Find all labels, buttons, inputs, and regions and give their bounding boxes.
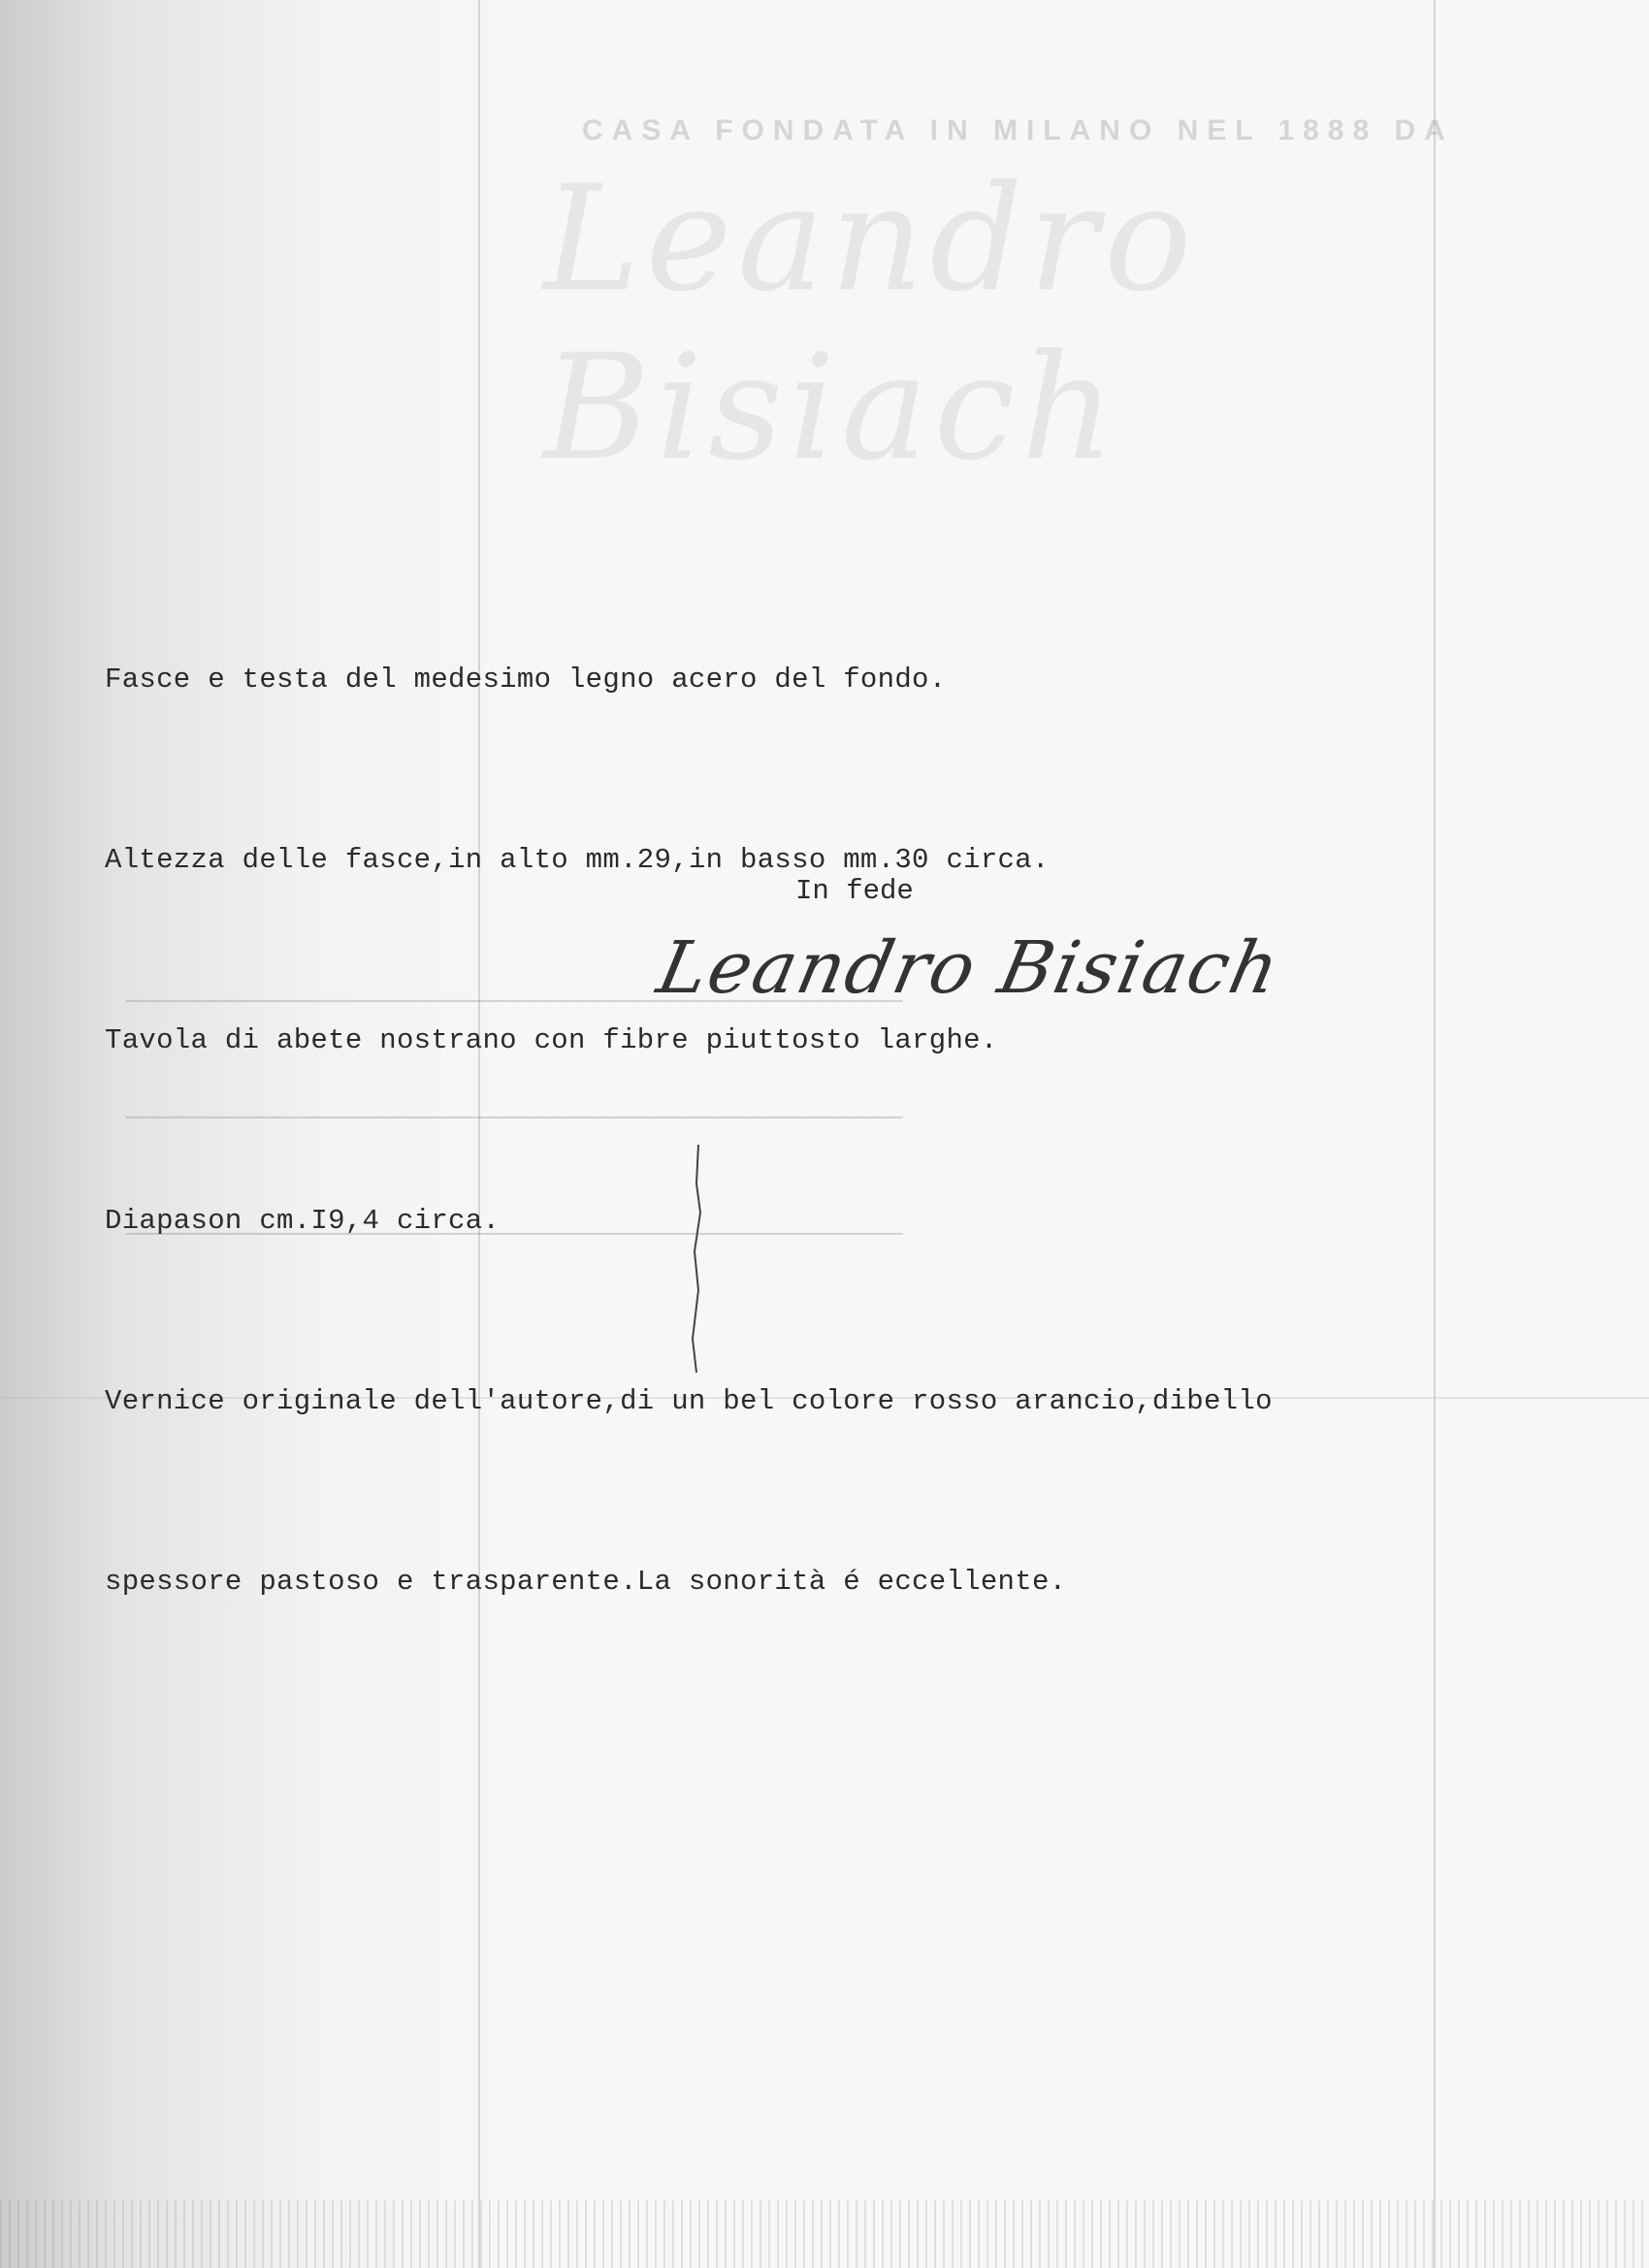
body-line: spessore pastoso e trasparente.La sonori… — [105, 1552, 1273, 1612]
letterhead-name: Leandro Bisiach — [543, 155, 1610, 493]
letterhead-founded-line: CASA FONDATA IN MILANO NEL 1888 DA — [582, 114, 1455, 147]
body-line: Vernice originale dell'autore,di un bel … — [105, 1372, 1273, 1432]
body-line: Altezza delle fasce,in alto mm.29,in bas… — [105, 830, 1273, 891]
handwritten-signature: Leandro Bisiach — [651, 926, 1288, 1010]
body-line: Fasce e testa del medesimo legno acero d… — [105, 650, 1273, 710]
closing-phrase: In fede — [795, 875, 914, 907]
scan-edge-noise — [0, 2200, 1649, 2268]
body-line: Tavola di abete nostrano con fibre piutt… — [105, 1011, 1273, 1071]
document-body: Fasce e testa del medesimo legno acero d… — [105, 530, 1273, 1672]
pen-mark — [679, 1145, 718, 1377]
